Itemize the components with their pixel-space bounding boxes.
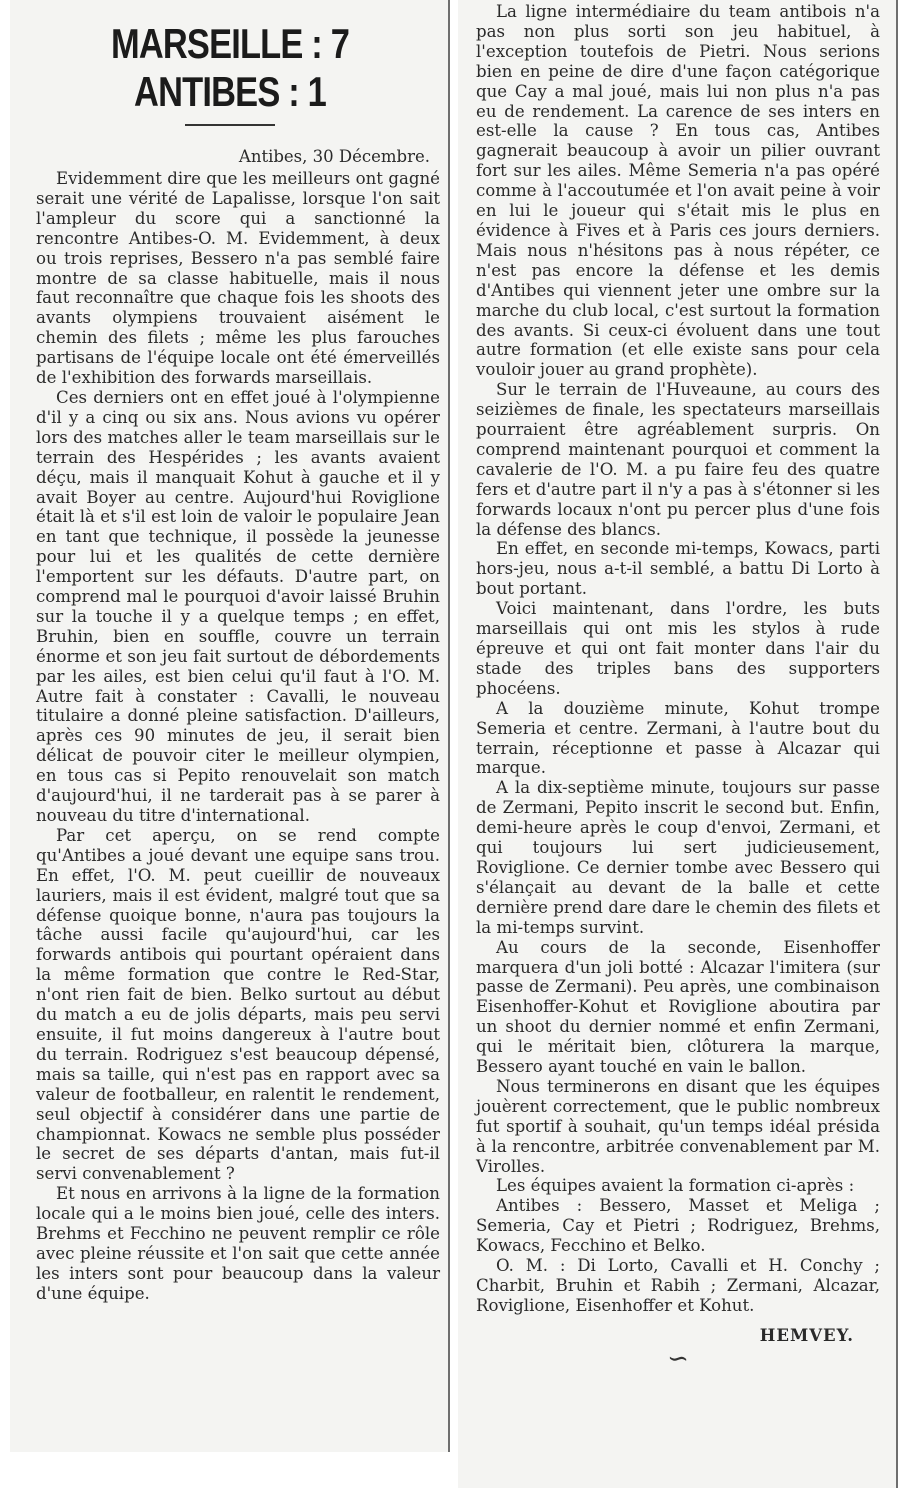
paragraph: A la douzième minute, Kohut trompe Semer… (476, 699, 880, 779)
headline-line-1: MARSEILLE : 7 (50, 20, 411, 68)
right-column-text: La ligne intermédiaire du team antibois … (476, 2, 880, 1371)
paragraph: Au cours de la seconde, Eisenhoffer marq… (476, 938, 880, 1077)
paragraph: A la dix-septième minute, toujours sur p… (476, 778, 880, 937)
ornament-icon: ∽ (476, 1347, 880, 1371)
paragraph: Et nous en arrivons à la ligne de la for… (36, 1184, 440, 1303)
paragraph: Les équipes avaient la formation ci-aprè… (476, 1176, 880, 1196)
dateline: Antibes, 30 Décembre. (36, 146, 440, 167)
left-column-text: Antibes, 30 Décembre. Evidemment dire qu… (36, 142, 440, 1304)
paragraph: Voici maintenant, dans l'ordre, les buts… (476, 599, 880, 699)
lineup-antibes: Antibes : Bessero, Masset et Meliga ; Se… (476, 1196, 880, 1256)
paragraph: Ces derniers ont en effet joué à l'olymp… (36, 388, 440, 826)
paragraph: En effet, en seconde mi-temps, Kowacs, p… (476, 539, 880, 599)
headline-block: MARSEILLE : 7 ANTIBES : 1 (10, 20, 450, 126)
paragraph: Sur le terrain de l'Huveaune, au cours d… (476, 380, 880, 539)
paragraph: Par cet aperçu, on se rend compte qu'Ant… (36, 826, 440, 1184)
paragraph: La ligne intermédiaire du team antibois … (476, 2, 880, 380)
paragraph: Nous terminerons en disant que les équip… (476, 1077, 880, 1177)
paragraph: Evidemment dire que les meilleurs ont ga… (36, 169, 440, 388)
lineup-om: O. M. : Di Lorto, Cavalli et H. Conchy ;… (476, 1256, 880, 1316)
headline-divider (185, 124, 275, 126)
headline-line-2: ANTIBES : 1 (50, 68, 411, 116)
author-signature: HEMVEY. (476, 1326, 854, 1345)
